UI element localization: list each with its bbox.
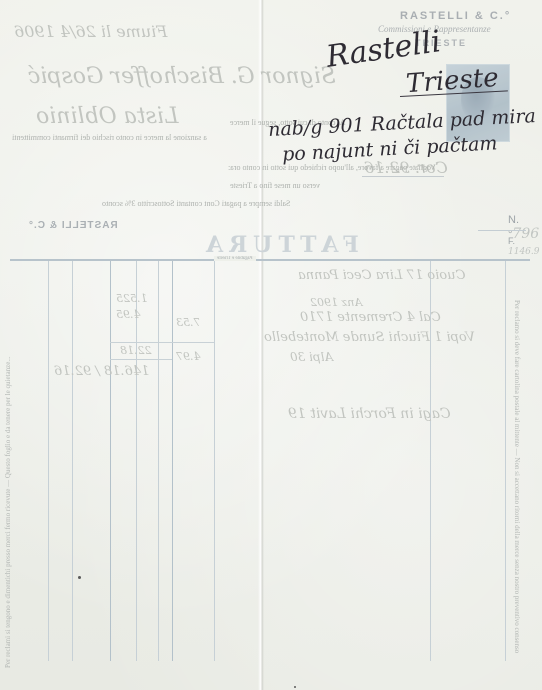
ghost-recipient-line-2: Lista Oblinio xyxy=(36,104,179,129)
table-subtotal-rule xyxy=(110,342,214,343)
table-column-rule xyxy=(48,261,49,661)
paper-speck xyxy=(78,576,81,579)
table-entry: Anz 1902 xyxy=(310,296,362,309)
table-column-rule xyxy=(136,261,137,661)
paper-speck xyxy=(294,686,296,688)
table-subline: Pagabile e Trieste xyxy=(214,256,256,261)
printed-term-2: a sanzione la merce in conto rischio dei… xyxy=(12,133,207,142)
table-total-rule xyxy=(110,359,172,360)
ghost-recipient-line-1: Signor G. Bischoffer Gospić xyxy=(28,64,336,89)
side-note-left: Per reclami si tengono e dimentichi pres… xyxy=(4,268,13,668)
table-entry-amount: 1.525 xyxy=(116,292,148,305)
printed-term-4: verso un mese fino a Trieste xyxy=(230,181,320,190)
printed-term-5: Saldi sempre a pagati Cont contanti Sott… xyxy=(102,199,290,208)
fattura-title: FATTURA xyxy=(200,232,359,258)
side-note-right: Per reclamo si deve fare cartolina posta… xyxy=(512,300,521,560)
table-entry-amount: 22.18 xyxy=(120,344,152,357)
table-column-rule xyxy=(110,261,111,661)
table-column-rule xyxy=(505,261,506,661)
table-entry-amount: 4.95 xyxy=(116,308,141,321)
table-entry-amount: 7.53 xyxy=(176,316,201,329)
table-top-rule xyxy=(10,259,530,261)
letterhead-company: RASTELLI & C.° xyxy=(400,10,511,22)
table-entry: Cagi in Forchi Lavit 19 xyxy=(288,406,451,422)
table-column-rule xyxy=(158,261,159,661)
table-entry: Cuoio 17 Lira Ceci Panna xyxy=(298,268,465,283)
center-fold xyxy=(258,0,264,690)
table-entry-amount: 4.97 xyxy=(176,350,201,363)
invoice-number-rule xyxy=(478,230,526,231)
ghost-date-line: Fiume li 26/4 1906 xyxy=(14,22,167,41)
table-total: 146.18 / 92.16 xyxy=(54,364,149,379)
table-column-rule xyxy=(172,261,173,661)
invoice-f: F. 1146.9 xyxy=(508,236,542,257)
amount-underline xyxy=(362,176,444,177)
table-column-rule xyxy=(214,261,215,661)
table-entry: Alpi 30 xyxy=(290,350,333,364)
table-entry: Cal 4 Cremente 1710 xyxy=(300,310,441,325)
table-entry: Vopi 1 Fiuchi Sunde Montebello xyxy=(264,330,475,345)
printed-term-3: Vogliate pagare a favore, all'uopo richi… xyxy=(228,163,436,172)
table-column-rule xyxy=(72,261,73,661)
footer-company: RASTELLI & C.° xyxy=(28,220,118,231)
